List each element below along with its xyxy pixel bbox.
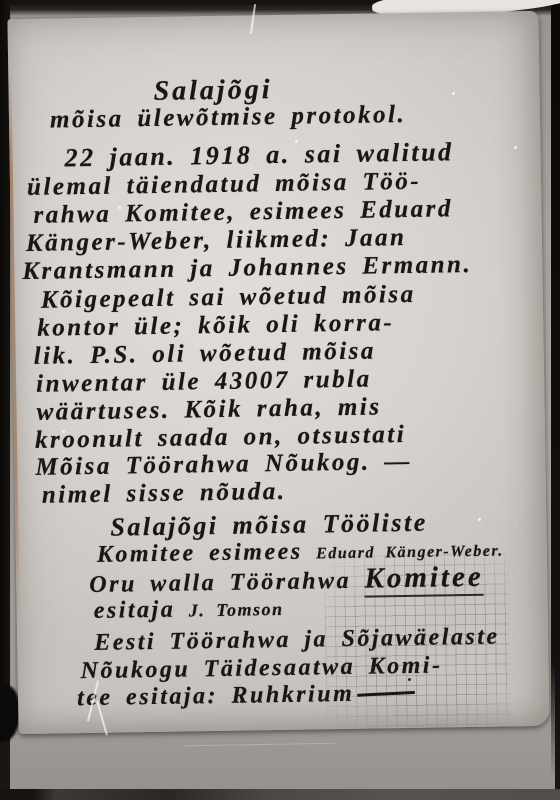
signature-name: Ruhkrium: [231, 681, 354, 709]
signature-line: tee esitaja: Ruhkrium: [77, 680, 416, 712]
signature-role: Oru walla Töörahwa: [89, 568, 365, 598]
signature-role: esitaja: [94, 596, 189, 623]
dust-speck: [295, 140, 298, 143]
film-edge-right: [551, 0, 560, 778]
handwritten-document-page: Salajõgi mõisa ülewõtmise protokol. 22 j…: [7, 11, 549, 734]
signature-name: J. Tomson: [189, 599, 284, 620]
dust-speck: [408, 678, 411, 681]
signature-emphasized-word: Komitee: [364, 561, 484, 598]
dust-speck: [452, 92, 455, 95]
signature-line: esitaja J. Tomson: [94, 595, 284, 625]
signature-name: Eduard Känger-Weber.: [316, 542, 504, 562]
dust-speck: [297, 696, 300, 699]
film-edge-bottom: [0, 789, 560, 800]
dust-speck: [118, 206, 121, 209]
dust-speck: [240, 700, 243, 703]
body-line: nimel sisse nõuda.: [42, 478, 287, 510]
body-line: Mõisa Töörahwa Nõukog. —: [35, 448, 412, 482]
photograph-of-document: Salajõgi mõisa ülewõtmise protokol. 22 j…: [0, 0, 560, 800]
dust-speck: [478, 518, 481, 521]
signature-flourish: [357, 691, 415, 697]
dust-speck: [514, 146, 517, 149]
signature-line: Oru walla Töörahwa Komitee: [89, 561, 484, 600]
document-subtitle: mõisa ülewõtmise protokol.: [50, 101, 407, 135]
dust-speck: [62, 430, 65, 433]
